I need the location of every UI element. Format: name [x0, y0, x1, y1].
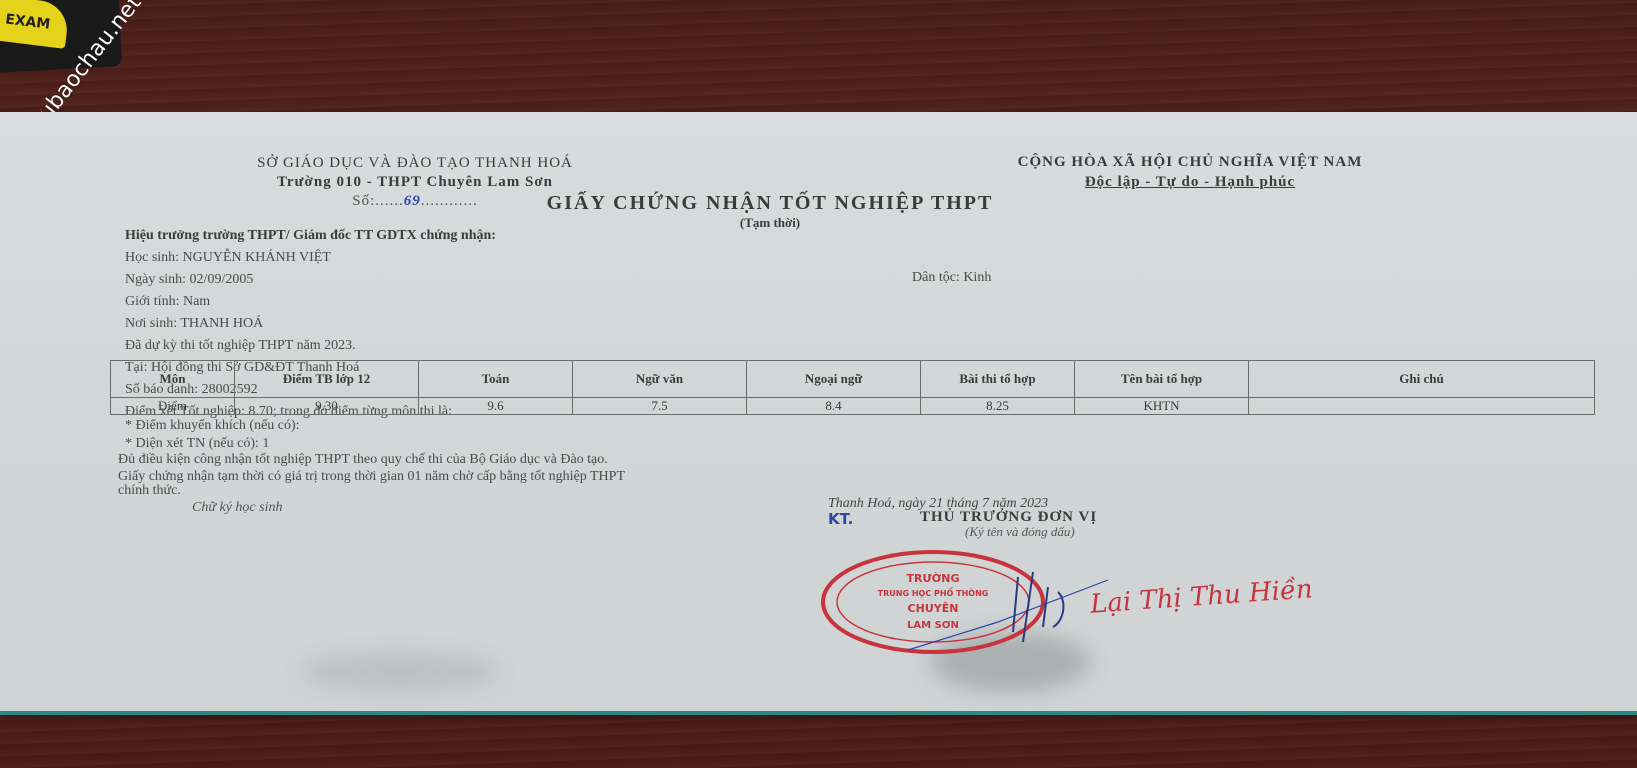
device-label: EXAM	[0, 0, 70, 49]
kt-mark: KT.	[828, 510, 853, 528]
student-name: Học sinh: NGUYỄN KHÁNH VIỆT	[125, 250, 331, 266]
official-stamp-icon: TRƯỜNG TRUNG HỌC PHỔ THÔNG CHUYÊN LAM SƠ…	[818, 532, 1118, 662]
birthplace: Nơi sinh: THANH HOÁ	[125, 316, 263, 332]
validity-text-1: Giấy chứng nhận tạm thời có giá trị tron…	[118, 469, 625, 485]
school-name: Trường 010 - THPT Chuyên Lam Sơn	[95, 173, 735, 192]
header-cell: Ngoại ngữ	[747, 361, 921, 398]
exam-info: Đã dự kỳ thi tốt nghiệp THPT năm 2023.	[125, 338, 356, 354]
republic-name: CỘNG HÒA XÃ HỘI CHỦ NGHĨA VIỆT NAM	[830, 152, 1550, 172]
score-cell: 8.25	[921, 398, 1075, 415]
table-header-row: Môn Điểm TB lớp 12 Toán Ngữ văn Ngoại ng…	[111, 361, 1595, 398]
certificate-document: SỞ GIÁO DỤC VÀ ĐÀO TẠO THANH HOÁ Trường …	[0, 112, 1637, 712]
header-cell: Điểm TB lớp 12	[235, 361, 419, 398]
certification-intro: Hiệu trưởng trường THPT/ Giám đốc TT GDT…	[125, 228, 496, 244]
eligibility-text: Đủ điều kiện công nhận tốt nghiệp THPT t…	[118, 452, 608, 468]
signer-name: Lại Thị Thu Hiền	[1089, 574, 1313, 619]
svg-text:LAM SƠN: LAM SƠN	[907, 620, 959, 631]
svg-text:TRUNG HỌC PHỔ THÔNG: TRUNG HỌC PHỔ THÔNG	[878, 586, 989, 598]
svg-text:TRƯỜNG: TRƯỜNG	[906, 572, 959, 585]
score-cell: 9.30	[235, 398, 419, 415]
gender: Giới tính: Nam	[125, 294, 210, 310]
svg-text:CHUYÊN: CHUYÊN	[908, 602, 959, 615]
header-cell: Ngữ văn	[573, 361, 747, 398]
score-cell: KHTN	[1075, 398, 1249, 415]
table-row: Điểm 9.30 9.6 7.5 8.4 8.25 KHTN	[111, 398, 1595, 415]
header-right: CỘNG HÒA XÃ HỘI CHỦ NGHĨA VIỆT NAM Độc l…	[830, 152, 1550, 192]
document-title: GIẤY CHỨNG NHẬN TỐT NGHIỆP THPT	[340, 192, 1200, 215]
ethnicity: Dân tộc: Kinh	[912, 270, 991, 286]
document-subtitle: (Tạm thời)	[640, 215, 900, 231]
row-label: Điểm	[111, 398, 235, 415]
student-signature-label: Chữ ký học sinh	[192, 500, 282, 516]
score-cell: 7.5	[573, 398, 747, 415]
score-cell: 8.4	[747, 398, 921, 415]
date-of-birth: Ngày sinh: 02/09/2005	[125, 272, 253, 288]
scores-table: Môn Điểm TB lớp 12 Toán Ngữ văn Ngoại ng…	[110, 360, 1595, 415]
bonus-note: * Điểm khuyến khích (nếu có):	[125, 418, 300, 434]
header-cell: Ghi chú	[1249, 361, 1595, 398]
department-name: SỞ GIÁO DỤC VÀ ĐÀO TẠO THANH HOÁ	[95, 154, 735, 173]
paper-edge	[0, 711, 1637, 715]
header-cell: Môn	[111, 361, 235, 398]
priority-note: * Diện xét TN (nếu có): 1	[125, 436, 269, 452]
note-cell	[1249, 398, 1595, 415]
national-motto: Độc lập - Tự do - Hạnh phúc	[830, 172, 1550, 192]
score-cell: 9.6	[419, 398, 573, 415]
header-cell: Toán	[419, 361, 573, 398]
validity-text-2: chính thức.	[118, 483, 181, 499]
smudge	[300, 652, 500, 692]
header-cell: Tên bài tổ hợp	[1075, 361, 1249, 398]
header-cell: Bài thi tổ hợp	[921, 361, 1075, 398]
